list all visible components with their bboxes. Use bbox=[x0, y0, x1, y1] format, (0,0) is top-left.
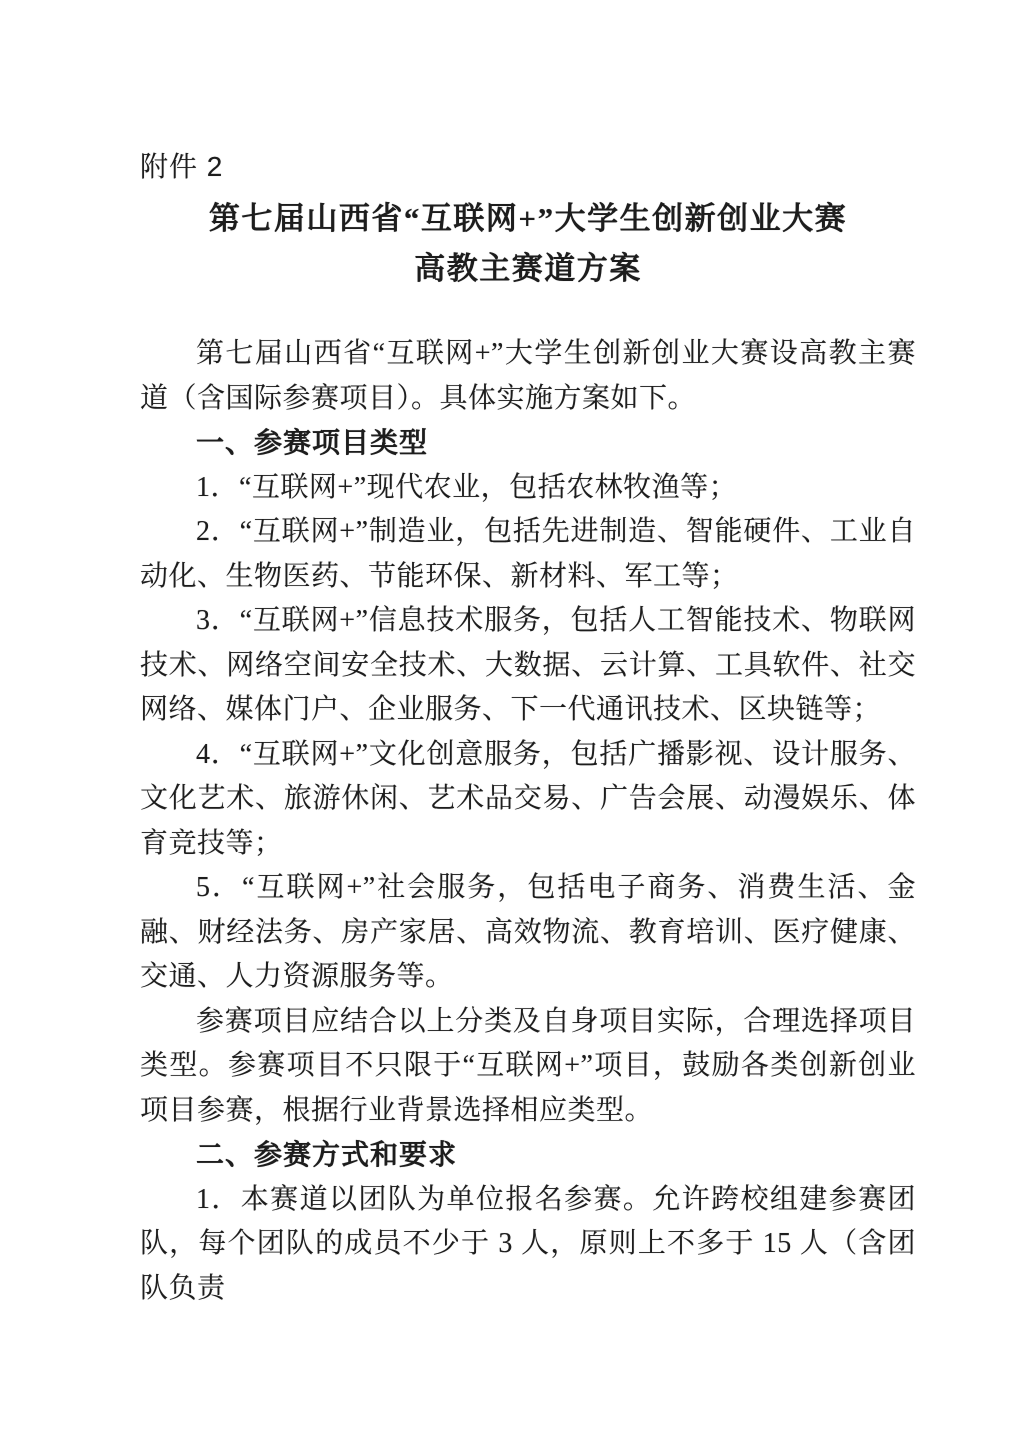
section-2-heading: 二、参赛方式和要求 bbox=[140, 1133, 916, 1178]
doc-title-line-2: 高教主赛道方案 bbox=[140, 244, 916, 294]
doc-title: 第七届山西省“互联网+”大学生创新创业大赛 高教主赛道方案 bbox=[140, 194, 916, 294]
section-1-item-4: 4．“互联网+”文化创意服务，包括广播影视、设计服务、文化艺术、旅游休闲、艺术品… bbox=[140, 733, 916, 867]
section-1-closing-paragraph: 参赛项目应结合以上分类及自身项目实际，合理选择项目类型。参赛项目不只限于“互联网… bbox=[140, 1000, 916, 1134]
attachment-label: 附件 2 bbox=[140, 150, 916, 184]
section-1-item-1: 1．“互联网+”现代农业，包括农林牧渔等； bbox=[140, 466, 916, 511]
section-1-heading: 一、参赛项目类型 bbox=[140, 421, 916, 466]
section-1-item-2: 2．“互联网+”制造业，包括先进制造、智能硬件、工业自动化、生物医药、节能环保、… bbox=[140, 510, 916, 599]
doc-body: 第七届山西省“互联网+”大学生创新创业大赛设高教主赛道（含国际参赛项目）。具体实… bbox=[140, 332, 916, 1311]
doc-title-line-1: 第七届山西省“互联网+”大学生创新创业大赛 bbox=[140, 194, 916, 244]
document-page: 附件 2 第七届山西省“互联网+”大学生创新创业大赛 高教主赛道方案 第七届山西… bbox=[0, 0, 1024, 1448]
section-1-item-5: 5．“互联网+”社会服务，包括电子商务、消费生活、金融、财经法务、房产家居、高效… bbox=[140, 866, 916, 1000]
section-2-item-1: 1．本赛道以团队为单位报名参赛。允许跨校组建参赛团队，每个团队的成员不少于 3 … bbox=[140, 1178, 916, 1312]
section-1-item-3: 3．“互联网+”信息技术服务，包括人工智能技术、物联网技术、网络空间安全技术、大… bbox=[140, 599, 916, 733]
intro-paragraph: 第七届山西省“互联网+”大学生创新创业大赛设高教主赛道（含国际参赛项目）。具体实… bbox=[140, 332, 916, 421]
